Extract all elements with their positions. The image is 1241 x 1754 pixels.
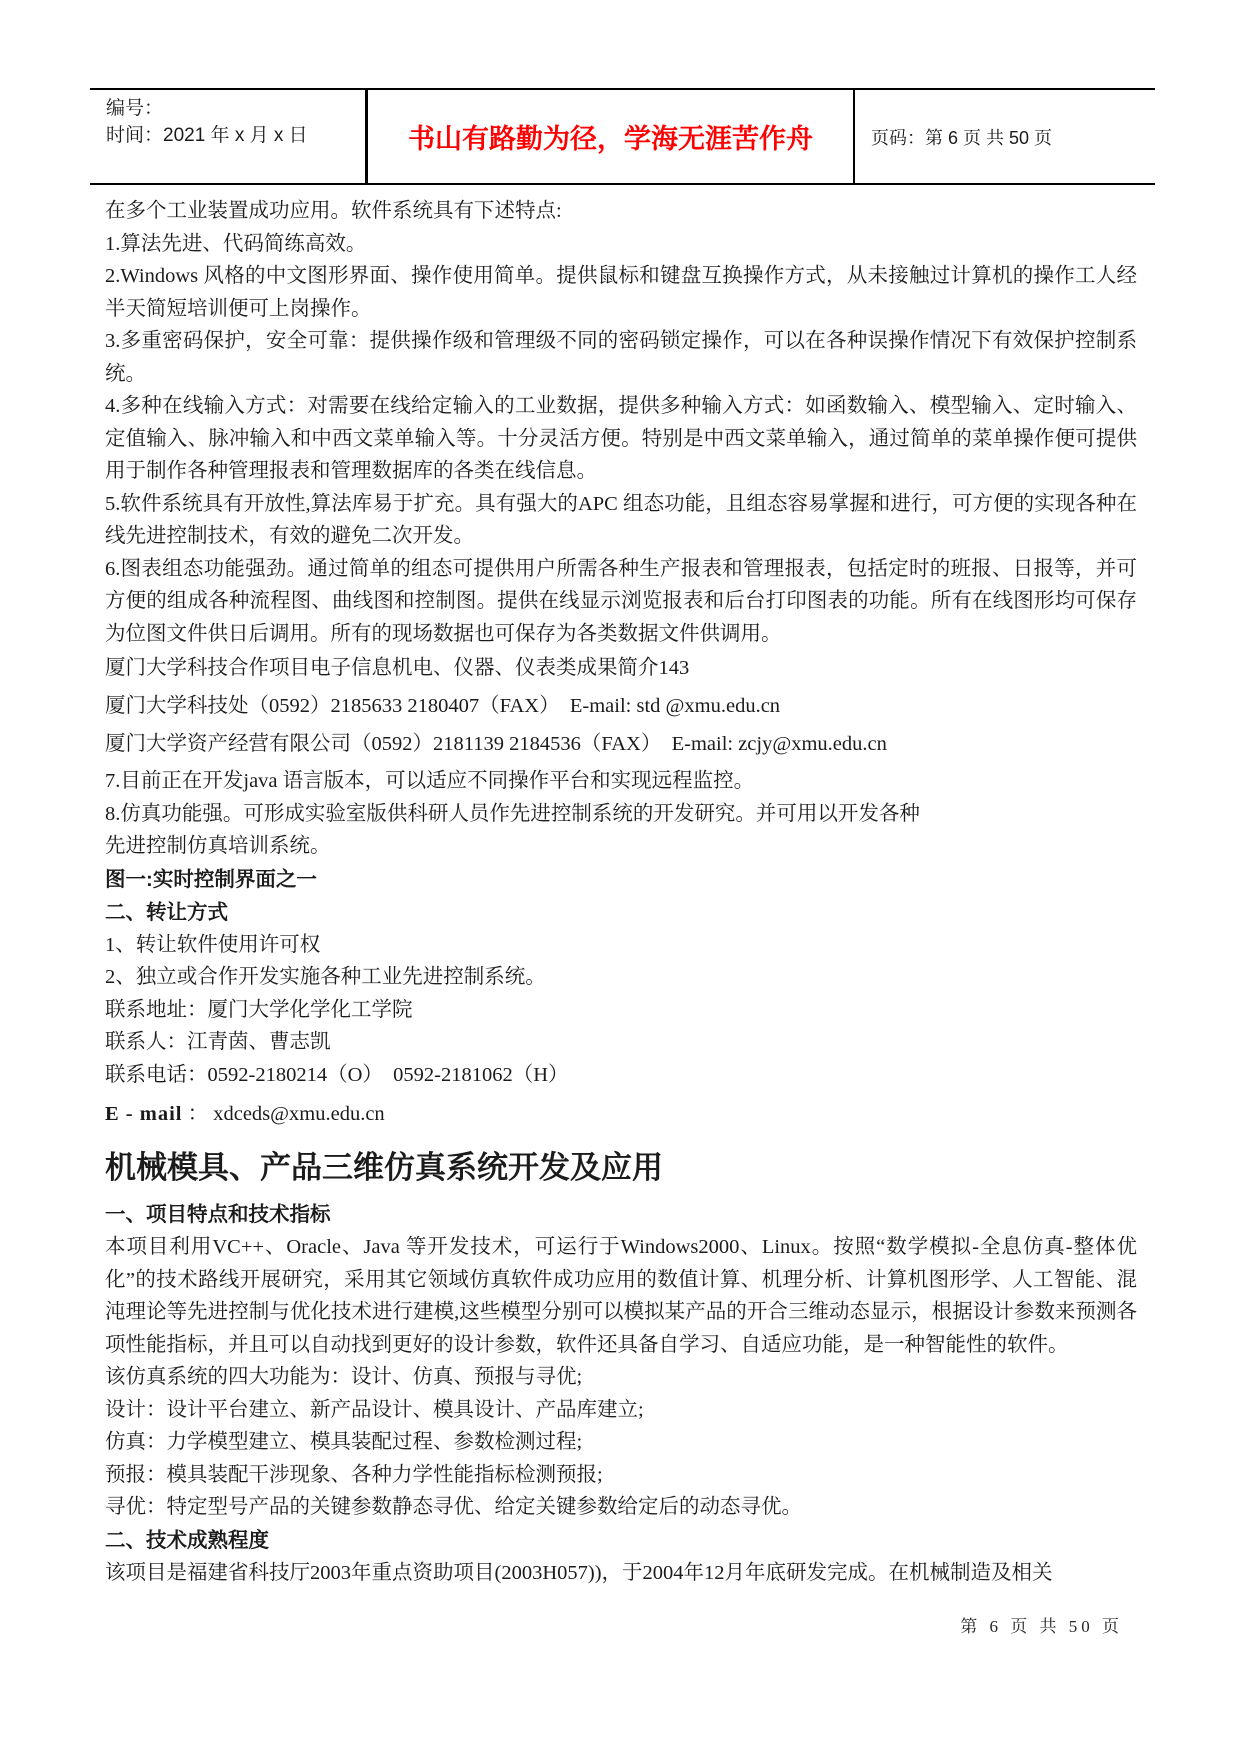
footer-page-number: 第 6 页 共 50 页 [960, 1612, 1123, 1637]
paragraph: 2.Windows 风格的中文图形界面、操作使用简单。提供鼠标和键盘互换操作方式… [105, 260, 1137, 325]
header-banner-cell: 书山有路勤为径，学海无涯苦作舟 [365, 90, 855, 183]
section-title: 机械模具、产品三维仿真系统开发及应用 [105, 1147, 1137, 1189]
paragraph: 厦门大学科技合作项目电子信息机电、仪器、仪表类成果简介143 [105, 651, 1137, 686]
paragraph: 本项目利用VC++、Oracle、Java 等开发技术，可运行于Windows2… [105, 1231, 1137, 1361]
paragraph: 在多个工业装置成功应用。软件系统具有下述特点: [105, 195, 1137, 228]
paragraph: 预报：模具装配干涉现象、各种力学性能指标检测预报; [105, 1459, 1137, 1492]
paragraph: 一、项目特点和技术指标 [105, 1198, 1137, 1231]
paragraph: 1.算法先进、代码简练高效。 [105, 228, 1137, 261]
paragraph: 该项目是福建省科技厅2003年重点资助项目(2003H057))，于2004年1… [105, 1557, 1137, 1590]
paragraph: 寻优：特定型号产品的关键参数静态寻优、给定关键参数给定后的动态寻优。 [105, 1491, 1137, 1524]
paragraph: 联系地址：厦门大学化学化工学院 [105, 994, 1137, 1027]
header-page-cell: 页码：第 6 页 共 50 页 [855, 90, 1155, 183]
document-number-label: 编号： [106, 95, 365, 122]
header-table: 编号： 时间：2021 年 x 月 x 日 书山有路勤为径，学海无涯苦作舟 页码… [90, 88, 1155, 185]
paragraph: 二、转让方式 [105, 896, 1137, 929]
paragraph: 6.图表组态功能强劲。通过简单的组态可提供用户所需各种生产报表和管理报表，包括定… [105, 553, 1137, 651]
paragraph: 该仿真系统的四大功能为：设计、仿真、预报与寻优; [105, 1361, 1137, 1394]
paragraph: 先进控制仿真培训系统。 [105, 830, 1137, 863]
header-left-cell: 编号： 时间：2021 年 x 月 x 日 [90, 90, 365, 183]
paragraph: 3.多重密码保护，安全可靠：提供操作级和管理级不同的密码锁定操作，可以在各种误操… [105, 325, 1137, 390]
paragraph: 5.软件系统具有开放性,算法库易于扩充。具有强大的APC 组态功能，且组态容易掌… [105, 488, 1137, 553]
header-page-label: 页码：第 6 页 共 50 页 [871, 124, 1052, 150]
paragraph: 厦门大学科技处（0592）2185633 2180407（FAX） E-mail… [105, 689, 1137, 724]
paragraph: 厦门大学资产经营有限公司（0592）2181139 2184536（FAX） E… [105, 727, 1137, 762]
document-body: 在多个工业装置成功应用。软件系统具有下述特点:1.算法先进、代码简练高效。2.W… [105, 195, 1137, 1589]
document-time-label: 时间：2021 年 x 月 x 日 [106, 122, 365, 149]
document-page: 编号： 时间：2021 年 x 月 x 日 书山有路勤为径，学海无涯苦作舟 页码… [0, 0, 1241, 1754]
paragraph: 图一:实时控制界面之一 [105, 863, 1137, 896]
paragraph: 1、转让软件使用许可权 [105, 929, 1137, 962]
paragraph: 联系人：江青茵、曹志凯 [105, 1026, 1137, 1059]
paragraph: E - mail ： xdceds@xmu.edu.cn [105, 1095, 1137, 1133]
paragraph: 二、技术成熟程度 [105, 1524, 1137, 1557]
email-label: E - mail [105, 1103, 182, 1125]
paragraph: 仿真：力学模型建立、模具装配过程、参数检测过程; [105, 1426, 1137, 1459]
paragraph: 7.目前正在开发java 语言版本，可以适应不同操作平台和实现远程监控。 [105, 765, 1137, 798]
paragraph: 4.多种在线输入方式：对需要在线给定输入的工业数据，提供多种输入方式：如函数输入… [105, 390, 1137, 488]
header-banner-text: 书山有路勤为径，学海无涯苦作舟 [408, 117, 813, 156]
paragraph: 2、独立或合作开发实施各种工业先进控制系统。 [105, 961, 1137, 994]
paragraph: 8.仿真功能强。可形成实验室版供科研人员作先进控制系统的开发研究。并可用以开发各… [105, 798, 1137, 831]
paragraph: 联系电话：0592-2180214（O） 0592-2181062（H） [105, 1059, 1137, 1092]
paragraph: 设计：设计平台建立、新产品设计、模具设计、产品库建立; [105, 1394, 1137, 1427]
